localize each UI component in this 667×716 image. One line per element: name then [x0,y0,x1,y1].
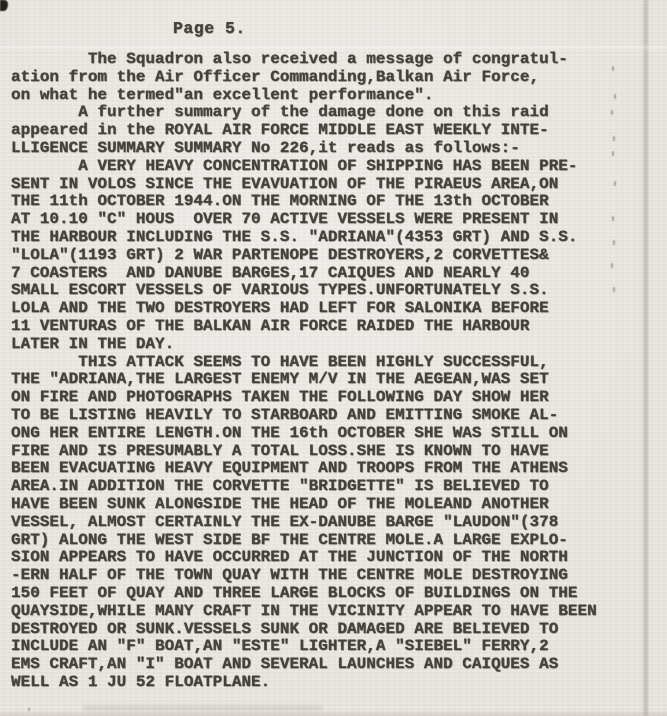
text-line: The Squadron also received a message of … [11,51,597,69]
text-line: AT 10.10 "C" HOUS OVER 70 ACTIVE VESSELS… [11,211,597,229]
ink-blot-mark [0,0,8,11]
page-number-heading: Page 5. [173,19,246,38]
text-line: THE "ADRIANA,THE LARGEST ENEMY M/V IN TH… [11,371,597,389]
ink-speck [613,287,615,292]
text-line: BEEN EVACUATING HEAVY EQUIPMENT AND TROO… [11,460,597,478]
text-line: THE 11th OCTOBER 1944.ON THE MORNING OF … [11,193,597,211]
text-line: on what he termed"an excellent performan… [11,87,597,105]
text-line: VESSEL, ALMOST CERTAINLY THE EX-DANUBE B… [11,514,597,532]
text-line: LOLA AND THE TWO DESTROYERS HAD LEFT FOR… [11,300,597,318]
text-line: A further summary of the damage done on … [11,104,597,122]
text-line: DESTROYED OR SUNK.VESSELS SUNK OR DAMAGE… [11,621,597,639]
scanned-document-page: Page 5. The Squadron also received a mes… [0,0,667,716]
text-line: A VERY HEAVY CONCENTRATION OF SHIPPING H… [11,158,597,176]
text-line: GRT) ALONG THE WEST SIDE BF THE CENTRE M… [11,532,597,550]
text-line: ON FIRE AND PHOTOGRAPHS TAKEN THE FOLLOW… [11,389,597,407]
ink-speck [611,110,613,115]
smudge-mark [83,706,323,710]
text-line: WELL AS 1 JU 52 FLOATPLANE. [11,674,597,692]
text-line: AREA.IN ADDITION THE CORVETTE "BRIDGETTE… [11,478,597,496]
text-line: LATER IN THE DAY. [11,336,597,354]
text-line: 11 VENTURAS OF THE BALKAN AIR FORCE RAID… [11,318,597,336]
paper-crease [0,46,667,49]
text-line: THIS ATTACK SEEMS TO HAVE BEEN HIGHLY SU… [11,354,597,372]
ink-speck [613,240,615,245]
ink-speck [612,66,614,71]
text-line: -ERN HALF OF THE TOWN QUAY WITH THE CENT… [11,567,597,585]
ink-speck [613,136,615,141]
text-line: SMALL ESCORT VESSELS OF VARIOUS TYPES.UN… [11,282,597,300]
ink-speck [611,263,613,268]
text-line: QUAYSIDE,WHILE MANY CRAFT IN THE VICINIT… [11,603,597,621]
text-line: ONG HER ENTIRE LENGTH.ON THE 16th OCTOBE… [11,425,597,443]
text-line: "LOLA"(1193 GRT) 2 WAR PARTENOPE DESTROY… [11,247,597,265]
text-line: SION APPEARS TO HAVE OCCURRED AT THE JUN… [11,549,597,567]
text-line: INCLUDE AN "F" BOAT,AN "ESTE" LIGHTER,A … [11,638,597,656]
text-line: 7 COASTERS AND DANUBE BARGES,17 CAIQUES … [11,265,597,283]
ink-speck [612,216,614,221]
text-line: appeared in the ROYAL AIR FORCE MIDDLE E… [11,122,597,140]
ink-speck [28,708,30,711]
bottom-scan-shade [0,710,667,716]
text-line: 150 FEET OF QUAY AND THREE LARGE BLOCKS … [11,585,597,603]
text-line: SENT IN VOLOS SINCE THE EVAVUATION OF TH… [11,176,597,194]
text-line: ation from the Air Officer Commanding,Ba… [11,69,597,87]
text-line: FIRE AND IS PRESUMABLY A TOTAL LOSS.SHE … [11,443,597,461]
text-line: TO BE LISTING HEAVILY TO STARBOARD AND E… [11,407,597,425]
text-line: HAVE BEEN SUNK ALONGSIDE THE HEAD OF THE… [11,496,597,514]
ink-speck [614,181,616,186]
scan-edge-shadow [642,0,649,716]
text-line: THE HARBOUR INCLUDING THE S.S. "ADRIANA"… [11,229,597,247]
text-line: LLIGENCE SUMMARY SUMMARY No 226,it reads… [11,140,597,158]
document-body-text: The Squadron also received a message of … [11,51,597,692]
ink-speck [614,94,616,99]
text-line: EMS CRAFT,AN "I" BOAT AND SEVERAL LAUNCH… [11,656,597,674]
ink-speck [612,151,614,156]
